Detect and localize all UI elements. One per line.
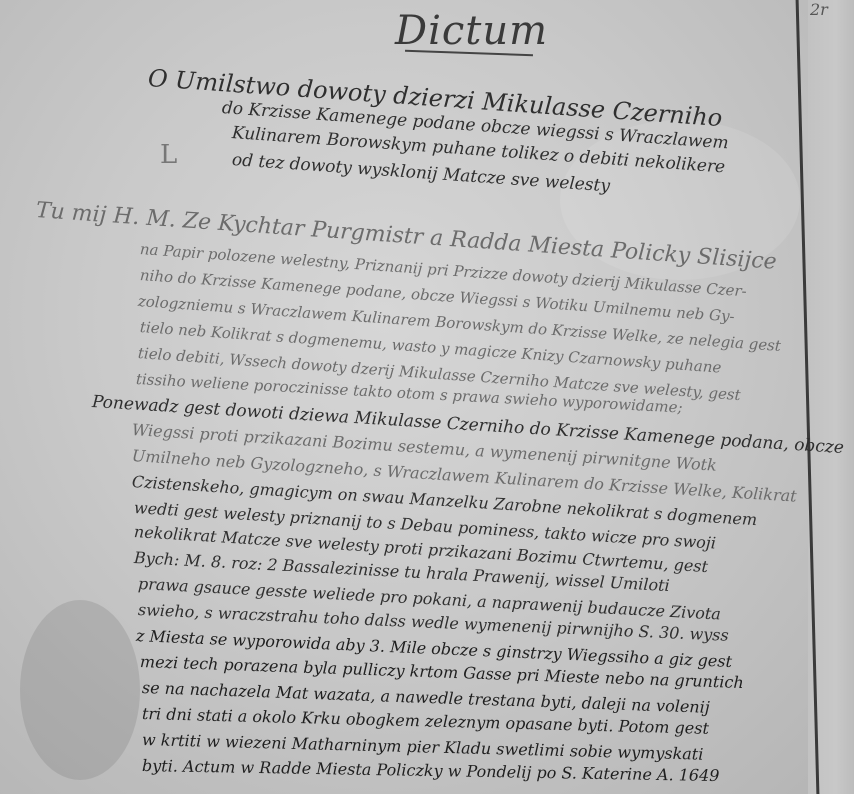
manuscript-page: 2r Dictum L O Umilstwo dowoty dzierzi Mi… xyxy=(0,0,854,794)
margin-mark: L xyxy=(160,140,177,170)
folio-number: 2r xyxy=(810,0,828,19)
document-title: Dictum xyxy=(395,8,548,54)
paper-stain xyxy=(20,600,140,780)
